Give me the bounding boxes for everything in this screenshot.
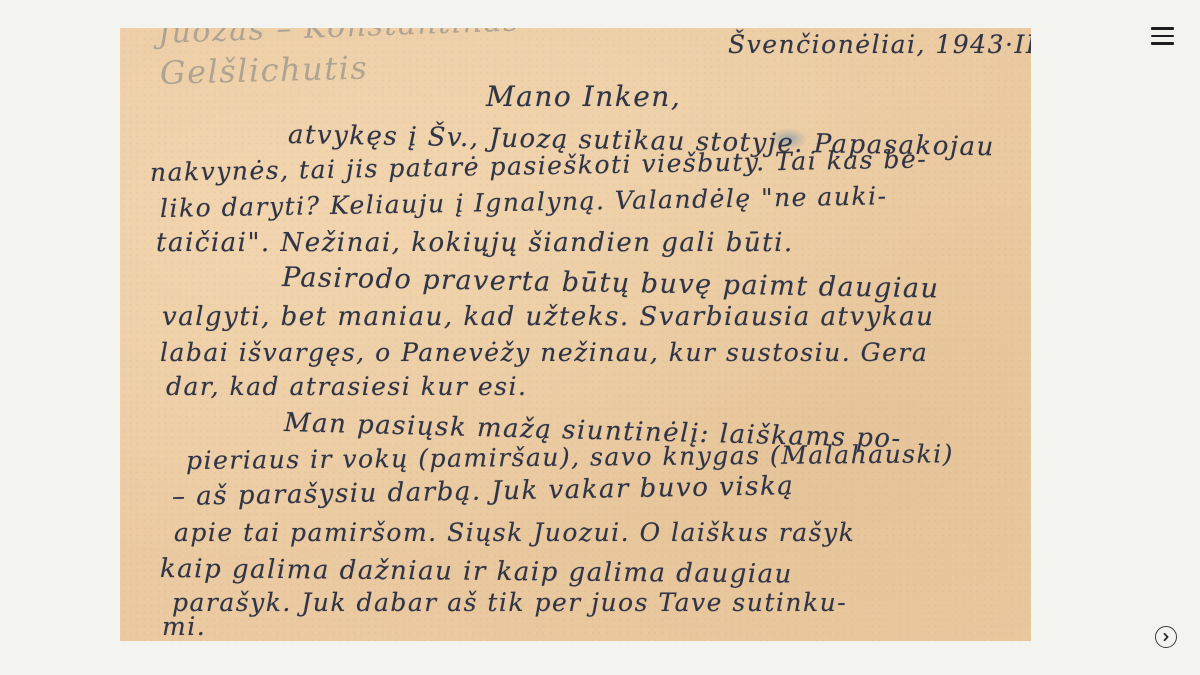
letter-line-11: – aš parašysiu darbą. Juk vakar buvo vis… (172, 471, 795, 512)
letter-line-3: liko daryti? Keliauju į Ignalyną. Valand… (160, 181, 888, 223)
letter-line-6: valgyti, bet maniau, kad užteks. Svarbia… (162, 302, 934, 332)
chevron-right-icon (1161, 632, 1171, 642)
letter-line-5: Pasirodo praverta būtų buvę paimt daugia… (282, 262, 940, 304)
letter-line-14: parašyk. Juk dabar aš tik per juos Tave … (172, 588, 847, 617)
letter-line-13: kaip galima dažniau ir kaip galima daugi… (160, 554, 793, 590)
letter-line-15: mi. (162, 612, 206, 641)
letter-line-8: dar, kad atrasiesi kur esi. (166, 372, 527, 401)
next-image-button[interactable] (1155, 626, 1177, 648)
pencil-note-line-1: Juozas – Konstantinas (157, 28, 520, 51)
letter-scan-image: Juozas – Konstantinas Gelšlichutis Švenč… (120, 28, 1031, 641)
letter-line-7: labai išvargęs, o Panevėžy nežinau, kur … (160, 338, 928, 367)
letter-line-4: taičiai". Nežinai, kokiųjų šiandien gali… (156, 228, 794, 258)
hamburger-menu-icon-bar (1151, 27, 1174, 29)
letter-line-2: nakvynės, tai jis patarė pasieškoti vieš… (150, 144, 928, 187)
hamburger-menu-icon-bar (1151, 35, 1174, 37)
pencil-note-line-2: Gelšlichutis (160, 49, 369, 92)
letter-line-12: apie tai pamiršom. Siųsk Juozui. O laišk… (174, 518, 855, 547)
hamburger-menu-button[interactable] (1146, 22, 1178, 50)
letter-salutation: Mano Inken, (486, 80, 681, 113)
letter-line-10: pieriaus ir vokų (pamiršau), savo knygas… (186, 439, 954, 475)
hamburger-menu-icon-bar (1151, 42, 1174, 44)
image-viewer: Juozas – Konstantinas Gelšlichutis Švenč… (0, 0, 1200, 675)
letter-date: Švenčionėliai, 1943·III·3. (728, 30, 1031, 59)
